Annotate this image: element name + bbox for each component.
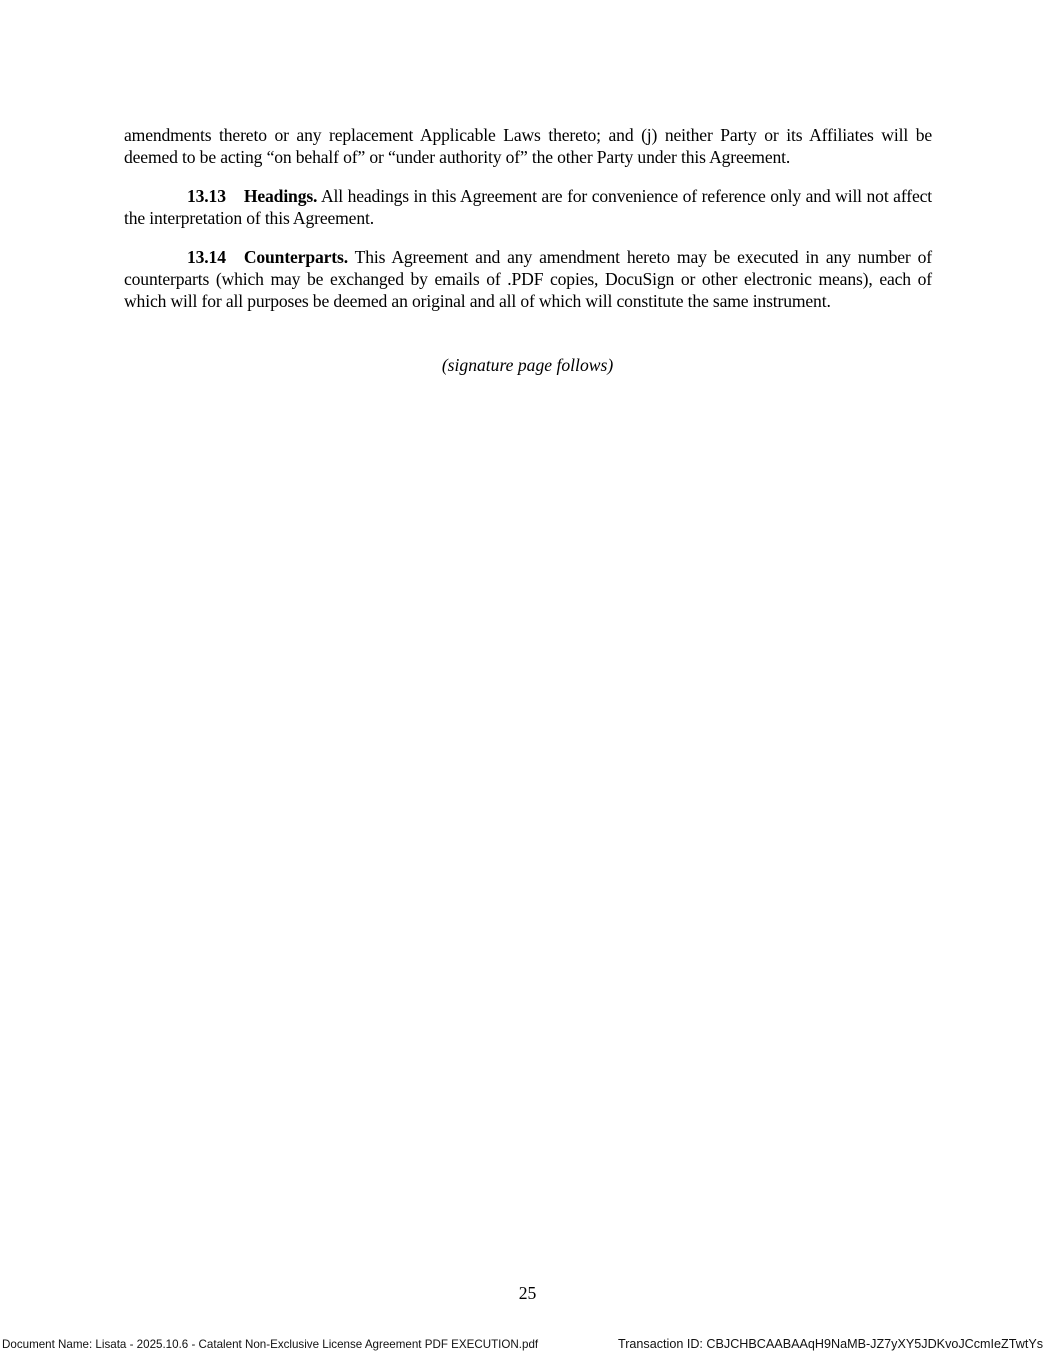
paragraph-text: amendments thereto or any replacement Ap… bbox=[124, 125, 932, 167]
section-13-13-headings: 13.13Headings. All headings in this Agre… bbox=[124, 185, 932, 229]
paragraph-continuation: amendments thereto or any replacement Ap… bbox=[124, 124, 932, 168]
footer-transaction-id: Transaction ID: CBJCHBCAABAAqH9NaMB-JZ7y… bbox=[618, 1337, 1043, 1351]
section-number: 13.14 bbox=[187, 247, 226, 267]
section-number: 13.13 bbox=[187, 186, 226, 206]
section-13-14-counterparts: 13.14Counterparts. This Agreement and an… bbox=[124, 246, 932, 312]
footer-document-name: Document Name: Lisata - 2025.10.6 - Cata… bbox=[2, 1338, 538, 1351]
document-page: amendments thereto or any replacement Ap… bbox=[0, 0, 1055, 1365]
section-title: Headings. bbox=[244, 186, 317, 206]
section-title: Counterparts. bbox=[244, 247, 348, 267]
page-number: 25 bbox=[0, 1282, 1055, 1304]
signature-page-note: (signature page follows) bbox=[0, 354, 1055, 376]
